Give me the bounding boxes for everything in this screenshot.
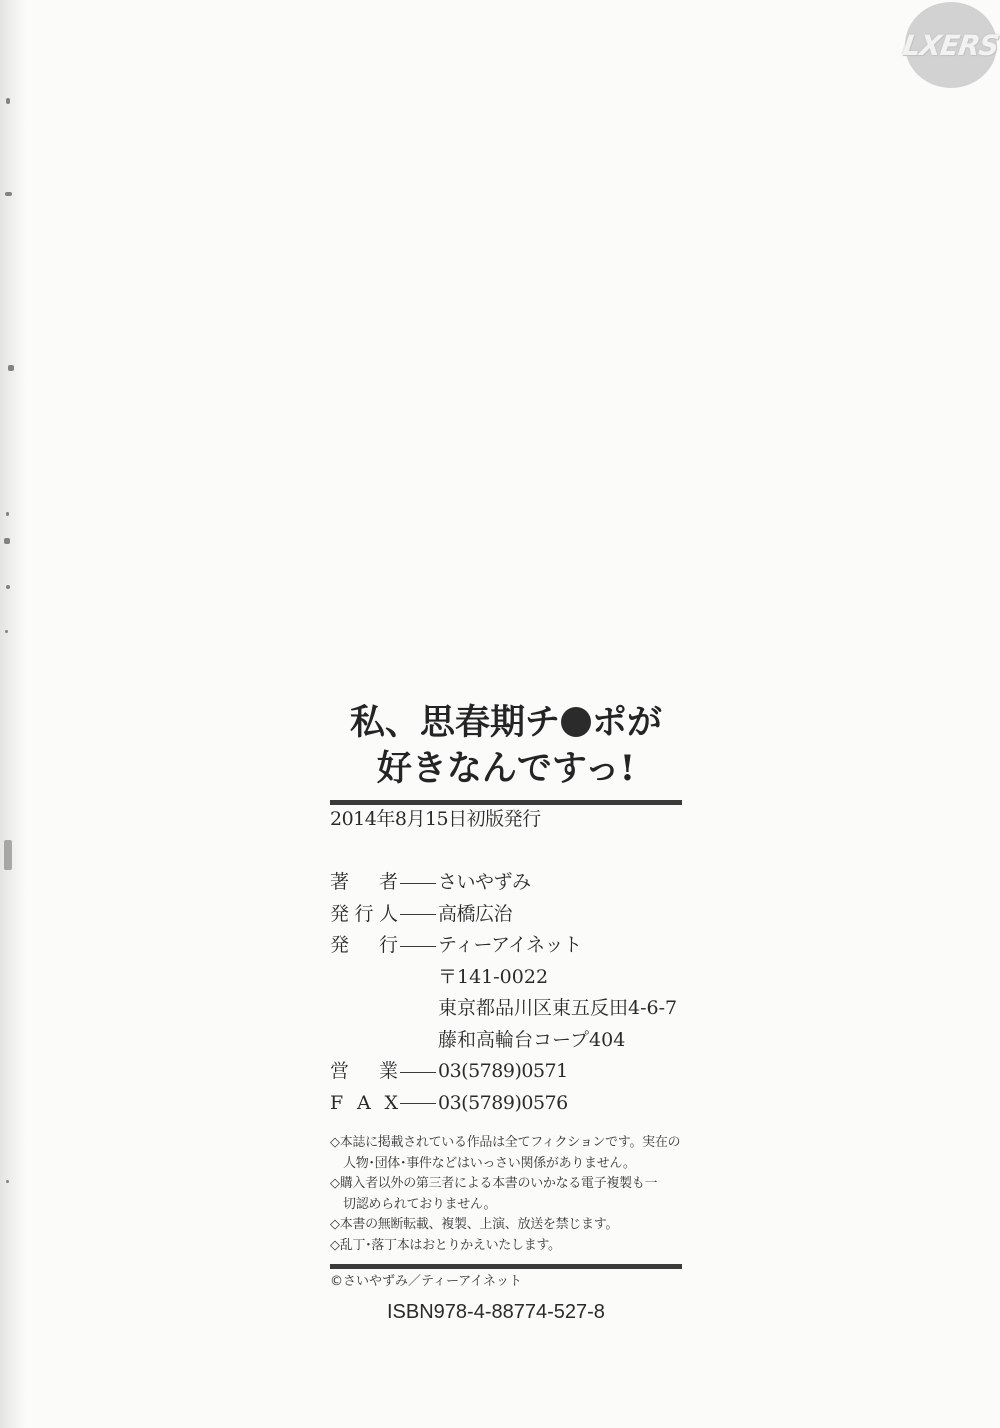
credit-author: 著 者 さいやずみ bbox=[330, 867, 682, 899]
censor-dot-icon bbox=[561, 707, 591, 737]
label-char: 者 bbox=[379, 867, 398, 899]
contact-sales: 営 業 03(5789)0571 bbox=[330, 1056, 682, 1088]
notice-reproduction: ◇本書の無断転載、複製、上演、放送を禁じます。 bbox=[330, 1215, 682, 1236]
book-title: 私、思春期チポが 好きなんですっ! bbox=[330, 700, 682, 792]
notice-fiction: ◇本誌に掲載されている作品は全てフィクションです。実在の 人物･団体･事件などは… bbox=[330, 1133, 682, 1174]
label-char: 発 bbox=[330, 930, 349, 962]
dash-separator bbox=[398, 867, 438, 899]
edge-speck bbox=[6, 585, 10, 589]
publication-date: 2014年8月15日初版発行 bbox=[330, 805, 682, 833]
edge-speck bbox=[5, 192, 12, 196]
notice-line: 人物･団体･事件などはいっさい関係がありません。 bbox=[330, 1154, 682, 1175]
legal-notices: ◇本誌に掲載されている作品は全てフィクションです。実在の 人物･団体･事件などは… bbox=[330, 1133, 682, 1256]
credit-label: 発 行 bbox=[330, 930, 398, 962]
credit-publisher-person: 発 行 人 高橋広治 bbox=[330, 899, 682, 931]
publisher-name: ティーアイネット bbox=[438, 930, 582, 962]
edge-speck bbox=[6, 1180, 9, 1183]
credits-block: 著 者 さいやずみ 発 行 人 高橋広治 発 行 ティーアイネット 〒141-0… bbox=[330, 867, 682, 1119]
label-char: 行 bbox=[379, 930, 398, 962]
edge-speck bbox=[5, 630, 8, 633]
publisher-person-name: 高橋広治 bbox=[438, 899, 512, 931]
address-line-1: 東京都品川区東五反田4-6-7 bbox=[330, 993, 682, 1025]
credit-label: 営 業 bbox=[330, 1056, 398, 1088]
credit-label: 発 行 人 bbox=[330, 899, 398, 931]
credit-publisher: 発 行 ティーアイネット bbox=[330, 930, 682, 962]
notice-line: ◇本書の無断転載、複製、上演、放送を禁じます。 bbox=[330, 1217, 618, 1232]
dash-separator bbox=[398, 1088, 438, 1120]
label-char: 業 bbox=[379, 1056, 398, 1088]
label-char: 行 bbox=[354, 899, 373, 931]
sales-phone: 03(5789)0571 bbox=[438, 1056, 568, 1088]
label-char: F bbox=[330, 1088, 343, 1120]
copyright-line: ©さいやずみ／ティーアイネット bbox=[330, 1271, 682, 1293]
label-char: 人 bbox=[379, 899, 398, 931]
colophon: 私、思春期チポが 好きなんですっ! 2014年8月15日初版発行 著 者 さいや… bbox=[330, 700, 682, 1327]
title-line-2: 好きなんですっ! bbox=[330, 746, 682, 792]
label-char: 発 bbox=[330, 899, 349, 931]
bottom-rule-divider bbox=[330, 1264, 682, 1269]
credit-label: 著 者 bbox=[330, 867, 398, 899]
notice-line: ◇本誌に掲載されている作品は全てフィクションです。実在の bbox=[330, 1135, 680, 1150]
title-line-1: 私、思春期チポが bbox=[330, 700, 682, 746]
title-line-1-after: ポが bbox=[592, 702, 662, 743]
lxers-watermark-logo: LXERS bbox=[905, 2, 997, 88]
title-line-1-before: 私、思春期チ bbox=[350, 702, 560, 743]
credit-label: F A X bbox=[330, 1088, 398, 1120]
notice-line: ◇乱丁･落丁本はおとりかえいたします。 bbox=[330, 1238, 561, 1253]
label-char: A bbox=[357, 1088, 371, 1120]
edge-speck bbox=[6, 512, 9, 516]
label-char: 営 bbox=[330, 1056, 349, 1088]
edge-speck bbox=[4, 840, 12, 870]
edge-speck bbox=[6, 98, 10, 104]
notice-line: 切認められておりません。 bbox=[330, 1195, 682, 1216]
isbn-number: ISBN978-4-88774-527-8 bbox=[330, 1297, 682, 1327]
author-name: さいやずみ bbox=[438, 867, 531, 899]
dash-separator bbox=[398, 899, 438, 931]
notice-defect-exchange: ◇乱丁･落丁本はおとりかえいたします。 bbox=[330, 1236, 682, 1257]
edge-speck bbox=[8, 365, 14, 371]
contact-fax: F A X 03(5789)0576 bbox=[330, 1088, 682, 1120]
fax-number: 03(5789)0576 bbox=[438, 1088, 568, 1120]
address-line-2: 藤和高輪台コープ404 bbox=[330, 1025, 682, 1057]
watermark-label: LXERS bbox=[901, 29, 1000, 62]
dash-separator bbox=[398, 1056, 438, 1088]
notice-digital-copy: ◇購入者以外の第三者による本書のいかなる電子複製も一 切認められておりません。 bbox=[330, 1174, 682, 1215]
notice-line: ◇購入者以外の第三者による本書のいかなる電子複製も一 bbox=[330, 1176, 657, 1191]
edge-speck bbox=[4, 538, 10, 544]
label-char: 著 bbox=[330, 867, 349, 899]
label-char: X bbox=[384, 1088, 398, 1120]
postal-code: 〒141-0022 bbox=[330, 962, 682, 994]
page-gutter-edge bbox=[0, 0, 26, 1428]
dash-separator bbox=[398, 930, 438, 962]
